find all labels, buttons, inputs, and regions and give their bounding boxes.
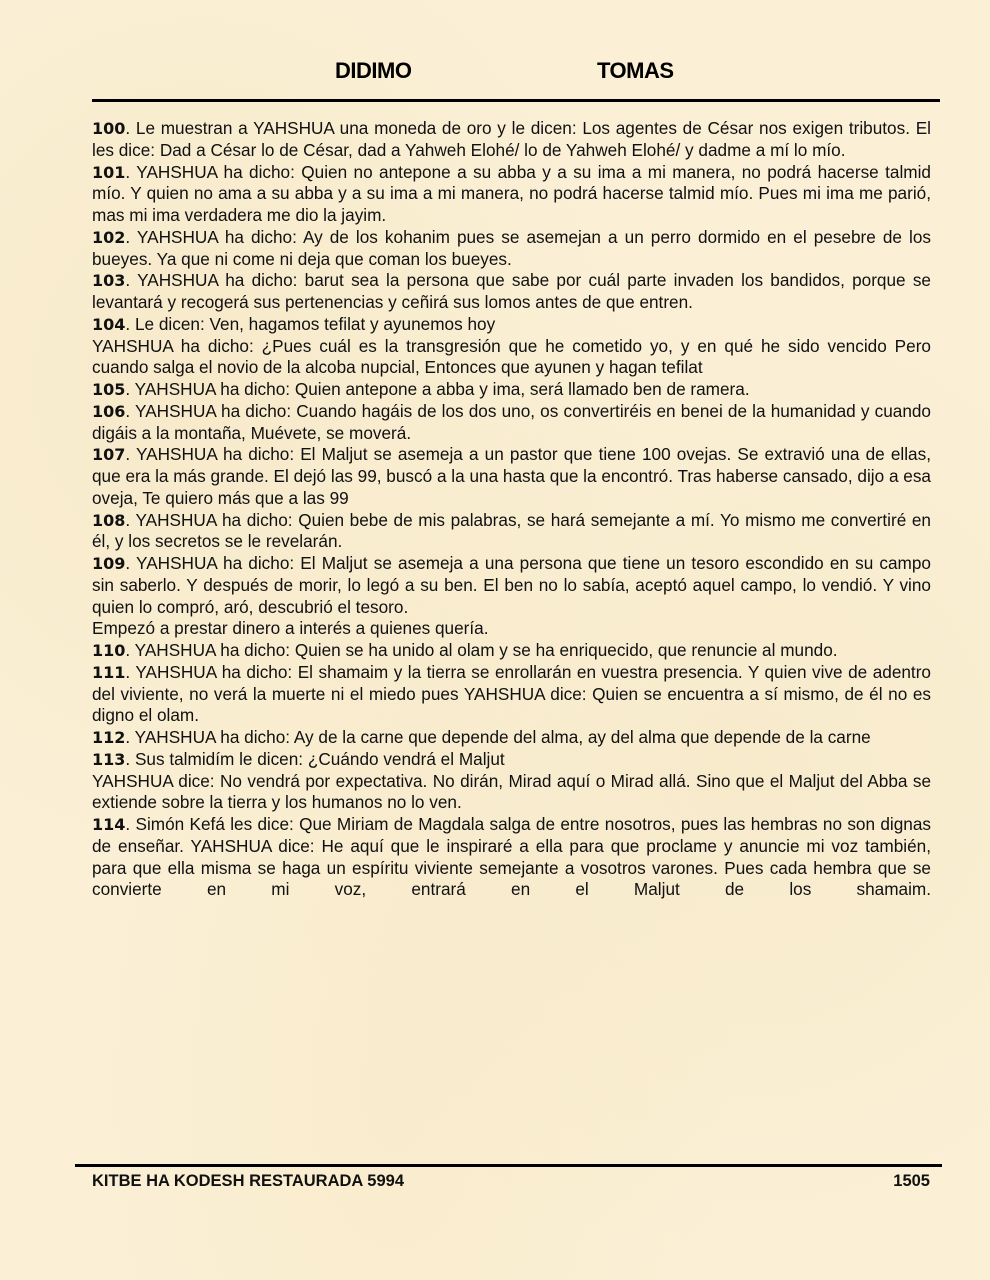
verse-number: 110 xyxy=(92,641,125,660)
verse-number: 104 xyxy=(92,315,125,334)
header-divider xyxy=(92,99,940,102)
verse-number: 107 xyxy=(92,445,125,464)
verse-108: 108. YAHSHUA ha dicho: Quien bebe de mis… xyxy=(92,510,931,554)
verse-110: 110. YAHSHUA ha dicho: Quien se ha unido… xyxy=(92,640,931,662)
verse-text: . YAHSHUA ha dicho: Cuando hagáis de los… xyxy=(92,401,931,443)
verse-text: . YAHSHUA ha dicho: El Maljut se asemeja… xyxy=(92,444,931,508)
verse-text: . YAHSHUA ha dicho: Quien antepone a abb… xyxy=(125,379,749,399)
verse-104: 104. Le dicen: Ven, hagamos tefilat y ay… xyxy=(92,314,931,336)
verse-113-continuation: YAHSHUA dice: No vendrá por expectativa.… xyxy=(92,771,931,815)
verse-102: 102. YAHSHUA ha dicho: Ay de los kohanim… xyxy=(92,227,931,271)
verse-text: . Sus talmidím le dicen: ¿Cuándo vendrá … xyxy=(125,749,504,769)
verse-104-continuation: YAHSHUA ha dicho: ¿Pues cuál es la trans… xyxy=(92,336,931,380)
verse-number: 101 xyxy=(92,163,125,182)
page-header: DIDIMO TOMAS xyxy=(0,58,990,92)
verse-113: 113. Sus talmidím le dicen: ¿Cuándo vend… xyxy=(92,749,931,771)
footer-divider xyxy=(75,1164,942,1167)
footer-book-title: KITBE HA KODESH RESTAURADA 5994 xyxy=(92,1172,404,1191)
verse-text: YAHSHUA dice: No vendrá por expectativa.… xyxy=(92,771,931,813)
verse-number: 112 xyxy=(92,728,125,747)
verse-107: 107. YAHSHUA ha dicho: El Maljut se asem… xyxy=(92,444,931,509)
verse-114: 114. Simón Kefá les dice: Que Miriam de … xyxy=(92,814,931,901)
verse-number: 111 xyxy=(92,663,125,682)
verse-111: 111. YAHSHUA ha dicho: El shamaim y la t… xyxy=(92,662,931,727)
verse-number: 103 xyxy=(92,271,125,290)
verse-100: 100. Le muestran a YAHSHUA una moneda de… xyxy=(92,118,931,162)
verse-number: 106 xyxy=(92,402,125,421)
verse-number: 114 xyxy=(92,815,125,834)
verse-text: . YAHSHUA ha dicho: Quien no antepone a … xyxy=(92,162,931,226)
verse-text: Empezó a prestar dinero a interés a quie… xyxy=(92,618,489,638)
verse-number: 105 xyxy=(92,380,125,399)
verse-text: . YAHSHUA ha dicho: El Maljut se asemeja… xyxy=(92,553,931,617)
verse-112: 112. YAHSHUA ha dicho: Ay de la carne qu… xyxy=(92,727,931,749)
verse-number: 113 xyxy=(92,750,125,769)
verse-109: 109. YAHSHUA ha dicho: El Maljut se asem… xyxy=(92,553,931,618)
verse-text: . YAHSHUA ha dicho: Quien bebe de mis pa… xyxy=(92,510,931,552)
verse-text: . YAHSHUA ha dicho: barut sea la persona… xyxy=(92,270,931,312)
verse-text: . YAHSHUA ha dicho: Ay de los kohanim pu… xyxy=(92,227,931,269)
header-title-left: DIDIMO xyxy=(335,58,411,84)
verse-text: . YAHSHUA ha dicho: El shamaim y la tier… xyxy=(92,662,931,726)
verse-109-continuation: Empezó a prestar dinero a interés a quie… xyxy=(92,618,931,640)
verse-106: 106. YAHSHUA ha dicho: Cuando hagáis de … xyxy=(92,401,931,445)
verse-text: . YAHSHUA ha dicho: Ay de la carne que d… xyxy=(125,727,870,747)
document-body: 100. Le muestran a YAHSHUA una moneda de… xyxy=(92,118,931,901)
verse-text: . Le muestran a YAHSHUA una moneda de or… xyxy=(92,118,931,160)
verse-text: YAHSHUA ha dicho: ¿Pues cuál es la trans… xyxy=(92,336,931,378)
verse-text: . Le dicen: Ven, hagamos tefilat y ayune… xyxy=(125,314,495,334)
header-title-right: TOMAS xyxy=(597,58,674,84)
verse-text: . Simón Kefá les dice: Que Miriam de Mag… xyxy=(92,814,931,899)
verse-105: 105. YAHSHUA ha dicho: Quien antepone a … xyxy=(92,379,931,401)
verse-number: 102 xyxy=(92,228,125,247)
verse-103: 103. YAHSHUA ha dicho: barut sea la pers… xyxy=(92,270,931,314)
verse-number: 100 xyxy=(92,119,125,138)
verse-101: 101. YAHSHUA ha dicho: Quien no antepone… xyxy=(92,162,931,227)
verse-number: 109 xyxy=(92,554,125,573)
verse-number: 108 xyxy=(92,511,125,530)
verse-text: . YAHSHUA ha dicho: Quien se ha unido al… xyxy=(125,640,837,660)
page-number: 1505 xyxy=(893,1172,930,1191)
